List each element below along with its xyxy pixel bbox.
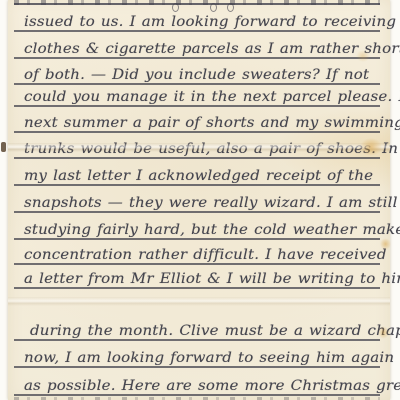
letter-line: studying fairly hard, but the cold weath… xyxy=(14,212,380,240)
photo-background: issued to us. I am looking forward to re… xyxy=(0,0,400,400)
letter-line: clothes & cigarette parcels as I am rath… xyxy=(14,31,380,59)
letter-line-text: issued to us. I am looking forward to re… xyxy=(14,14,400,30)
fold-crease-lower xyxy=(8,297,390,306)
letter-line: now, I am looking forward to seeing him … xyxy=(14,340,380,368)
letter-line-text: could you manage it in the next parcel p… xyxy=(14,89,400,105)
letter-line: as possible. Here are some more Christma… xyxy=(14,368,380,396)
letter-line: a letter from Mr Elliot & I will be writ… xyxy=(14,261,380,289)
letter-line-text: next summer a pair of shorts and my swim… xyxy=(14,115,400,131)
letter-line: next summer a pair of shorts and my swim… xyxy=(14,105,380,133)
letter-line: snapshots — they were really wizard. I a… xyxy=(14,185,380,213)
letter-line: during the month. Clive must be a wizard… xyxy=(14,313,380,341)
letter-line-text: a letter from Mr Elliot & I will be writ… xyxy=(14,271,400,287)
letter-line-text: as possible. Here are some more Christma… xyxy=(14,378,400,394)
letter-line-text: during the month. Clive must be a wizard… xyxy=(14,323,400,339)
letter-line: trunks would be useful, also a pair of s… xyxy=(14,131,380,159)
left-edge-mark xyxy=(1,142,6,152)
letter-page: issued to us. I am looking forward to re… xyxy=(8,0,390,400)
letter-line-text: snapshots — they were really wizard. I a… xyxy=(14,195,398,211)
letter-line: my last letter I acknowledged receipt of… xyxy=(14,158,380,186)
letter-line: could you manage it in the next parcel p… xyxy=(14,79,380,107)
letter-line-text: studying fairly hard, but the cold weath… xyxy=(14,222,400,238)
letter-line-text: trunks would be useful, also a pair of s… xyxy=(14,141,398,157)
letter-line: issued to us. I am looking forward to re… xyxy=(14,4,380,32)
letter-line-text: now, I am looking forward to seeing him … xyxy=(14,350,400,366)
letter-line-text: clothes & cigarette parcels as I am rath… xyxy=(14,41,400,57)
letter-line-text: my last letter I acknowledged receipt of… xyxy=(14,168,373,184)
